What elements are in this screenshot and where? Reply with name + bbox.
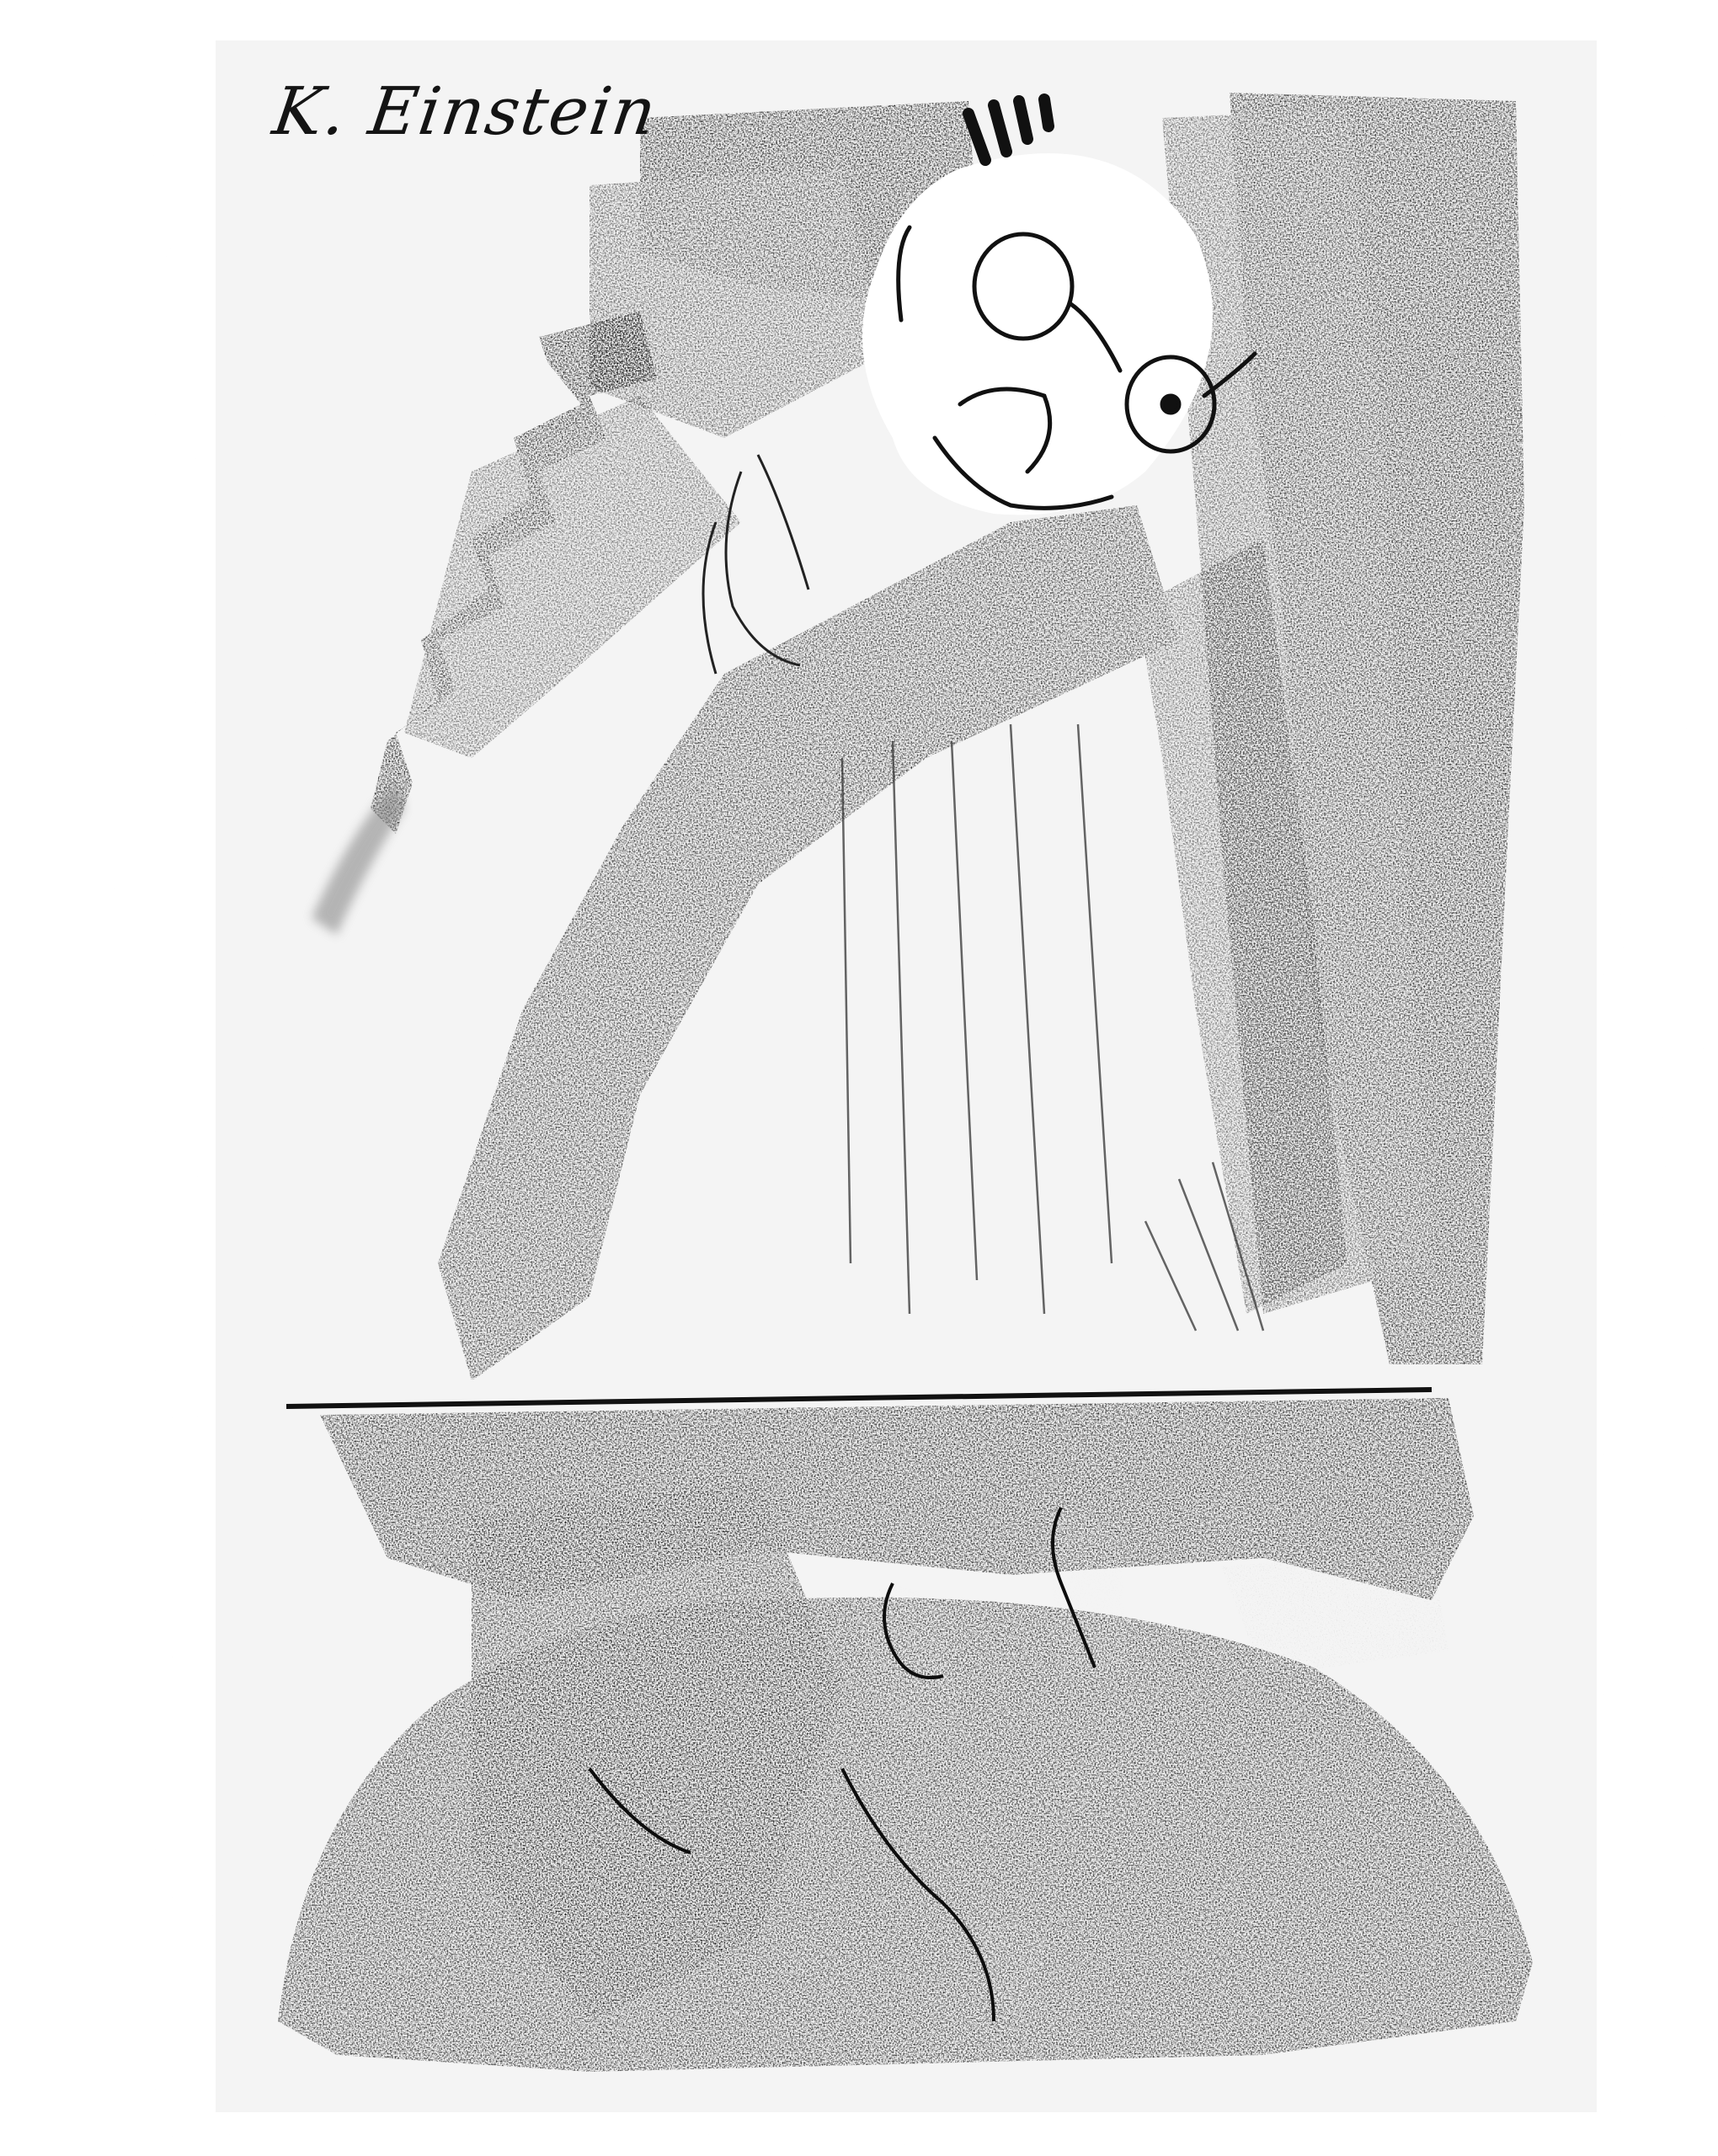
artist-signature: K. Einstein [269, 74, 662, 150]
lithograph-artwork [0, 0, 1718, 2156]
